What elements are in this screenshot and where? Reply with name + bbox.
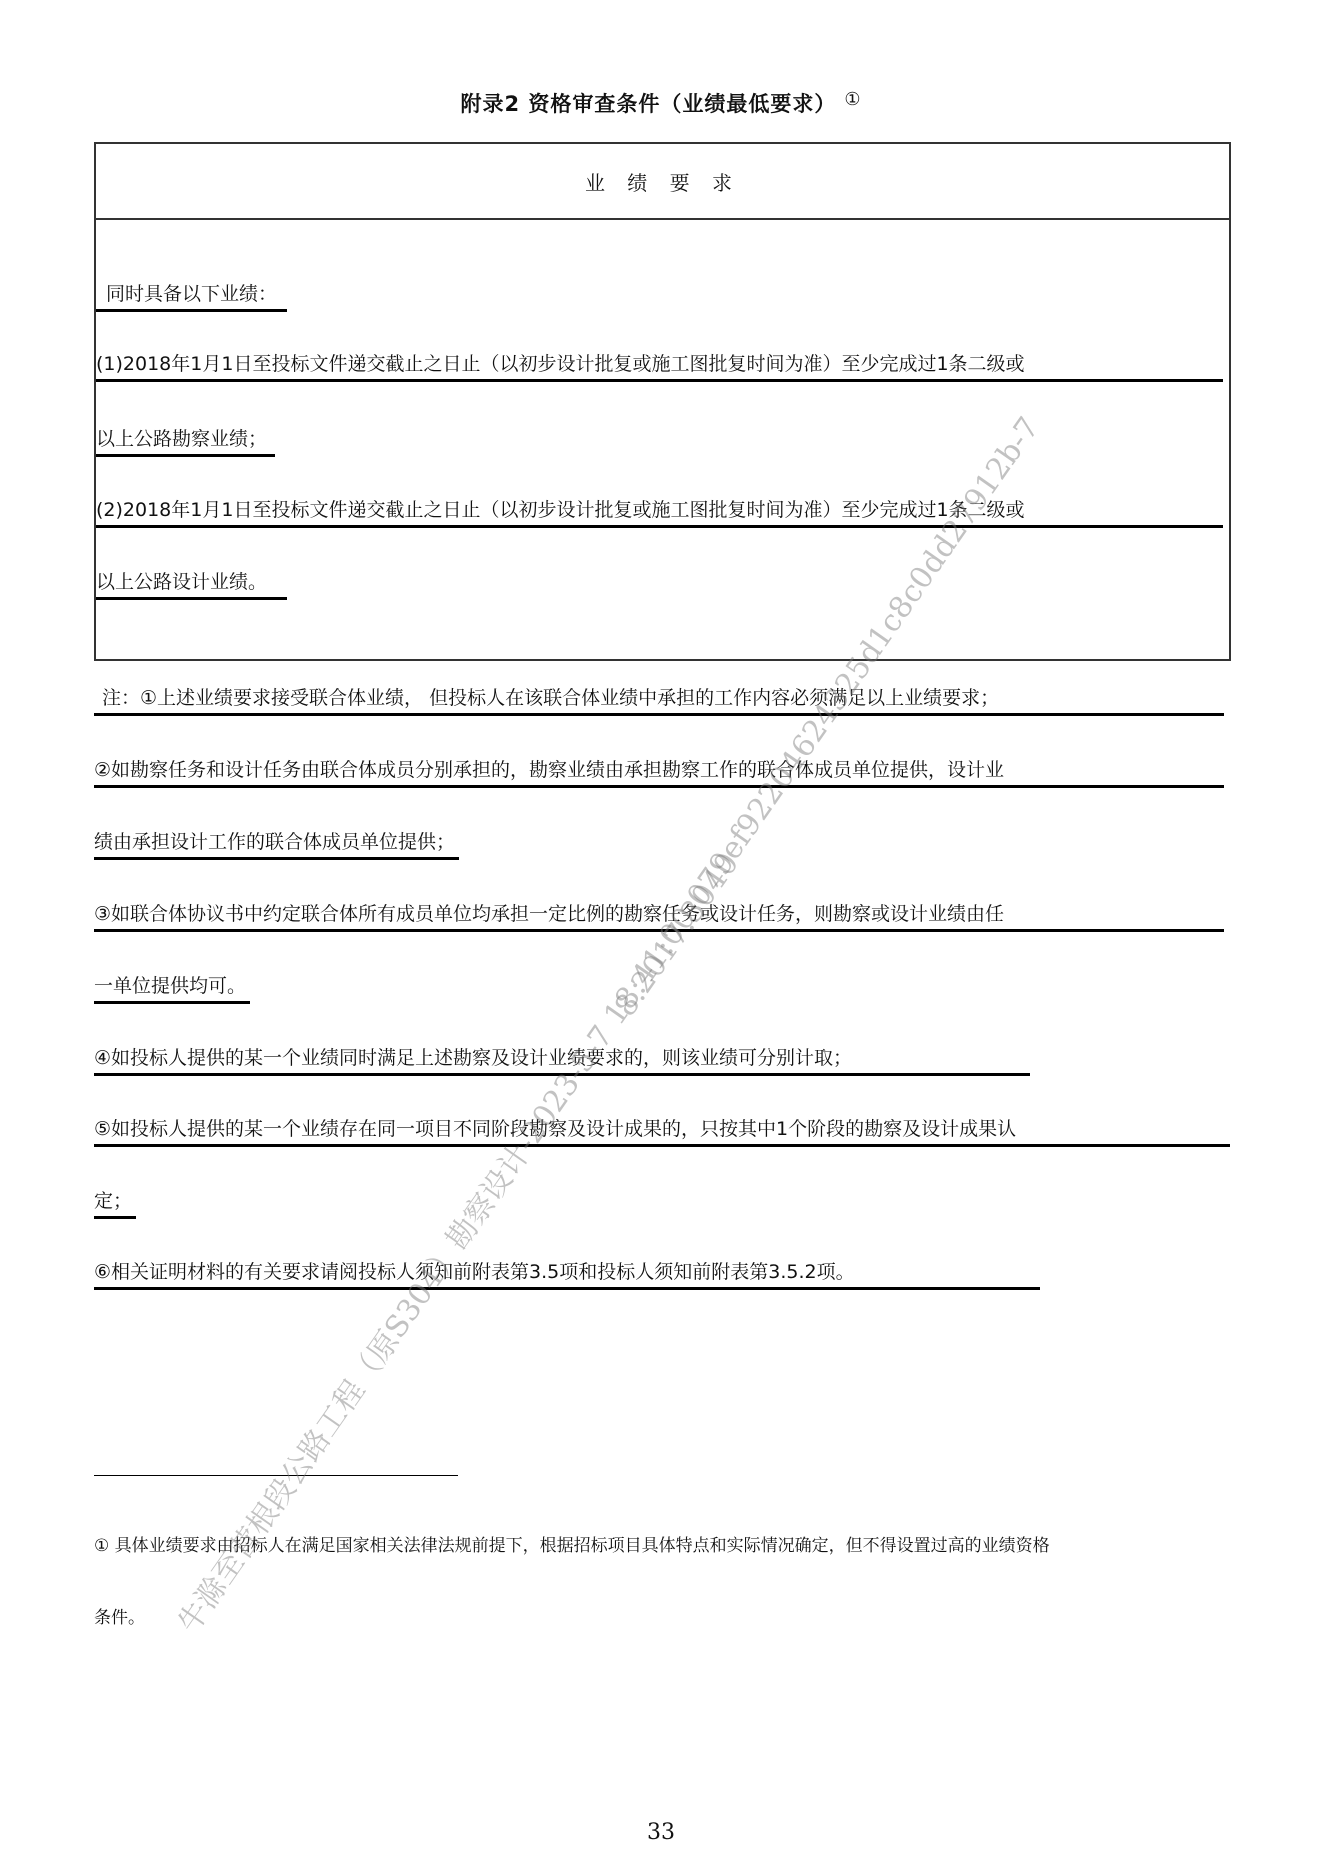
note-6: ⑥相关证明材料的有关要求请阅投标人须知前附表第3.5项和投标人须知前附表第3.5…	[94, 1260, 1040, 1290]
note-1: 注：①上述业绩要求接受联合体业绩， 但投标人在该联合体业绩中承担的工作内容必须满…	[94, 686, 1224, 716]
table-header: 业 绩 要 求	[96, 144, 1229, 220]
footnote-line-1: ① 具体业绩要求由招标人在满足国家相关法律法规前提下，根据招标项目具体特点和实际…	[94, 1531, 1050, 1556]
page-number: 33	[0, 1820, 1322, 1845]
note-2a: ②如勘察任务和设计任务由联合体成员分别承担的，勘察业绩由承担勘察工作的联合体成员…	[94, 758, 1224, 788]
page-title: 附录2 资格审查条件（业绩最低要求）①	[0, 88, 1322, 118]
note-3b: 一单位提供均可。	[94, 974, 250, 1004]
title-footnote-marker[interactable]: ①	[844, 89, 861, 110]
watermark-line-2: 8.2017.3040	[608, 847, 746, 1023]
note-5b: 定；	[94, 1189, 136, 1219]
note-4: ④如投标人提供的某一个业绩同时满足上述勘察及设计业绩要求的，则该业绩可分别计取；	[94, 1046, 1030, 1076]
footnote-line-2: 条件。	[94, 1603, 145, 1628]
note-2b: 绩由承担设计工作的联合体成员单位提供；	[94, 830, 459, 860]
table-line-1a: (1)2018年1月1日至投标文件递交截止之日止（以初步设计批复或施工图批复时间…	[96, 352, 1223, 382]
note-3a: ③如联合体协议书中约定联合体所有成员单位均承担一定比例的勘察任务或设计任务，则勘…	[94, 902, 1224, 932]
footnote-separator	[94, 1475, 458, 1476]
note-5a: ⑤如投标人提供的某一个业绩存在同一项目不同阶段勘察及设计成果的，只按其中1个阶段…	[94, 1117, 1230, 1147]
table-line-2b: 以上公路设计业绩。	[96, 570, 287, 600]
document-page: 附录2 资格审查条件（业绩最低要求）① 业 绩 要 求 同时具备以下业绩： (1…	[0, 0, 1322, 1871]
table-line-1b: 以上公路勘察业绩；	[96, 427, 275, 457]
table-line-2a: (2)2018年1月1日至投标文件递交截止之日止（以初步设计批复或施工图批复时间…	[96, 498, 1223, 528]
title-text: 附录2 资格审查条件（业绩最低要求）	[460, 92, 836, 116]
table-line-intro: 同时具备以下业绩：	[96, 282, 287, 312]
